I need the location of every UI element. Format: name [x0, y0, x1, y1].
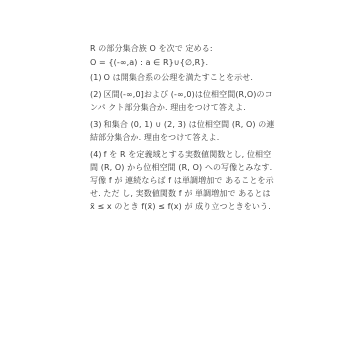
problem-number: (1)	[90, 73, 102, 82]
problem-text: f を R を定義域とする実数値関数とし, 位相空間 (R, O) から位相空間…	[90, 150, 274, 211]
problem-text: O は開集合系の公理を満たすことを示せ.	[104, 73, 253, 82]
problem-item-1: (1)O は開集合系の公理を満たすことを示せ.	[90, 71, 277, 84]
problem-item-3: (3)和集合 (0, 1) ∪ (2, 3) は位相空間 (R, O) の連結部…	[90, 118, 277, 144]
problem-number: (4)	[90, 150, 102, 159]
problem-item-4: (4)f を R を定義域とする実数値関数とし, 位相空間 (R, O) から位…	[90, 148, 277, 213]
set-family-formula: O = {(-∞,a) : a ∈ R}∪{∅,R}.	[90, 56, 277, 69]
math-problem-document: R の部分集合族 O を次で 定める: O = {(-∞,a) : a ∈ R}…	[90, 42, 277, 217]
problem-item-2: (2)区間(-∞,0]および (-∞,0)は位相空間(R,O)のコンパ クト部分…	[90, 88, 277, 114]
intro-line: R の部分集合族 O を次で 定める:	[90, 42, 277, 55]
problem-text: 区間(-∞,0]および (-∞,0)は位相空間(R,O)のコンパ クト部分集合か…	[90, 90, 273, 112]
problem-text: 和集合 (0, 1) ∪ (2, 3) は位相空間 (R, O) の連結部分集合…	[90, 120, 274, 142]
math-problem-page: R の部分集合族 O を次で 定める: O = {(-∞,a) : a ∈ R}…	[0, 0, 360, 360]
problem-number: (3)	[90, 120, 102, 129]
problem-number: (2)	[90, 90, 102, 99]
